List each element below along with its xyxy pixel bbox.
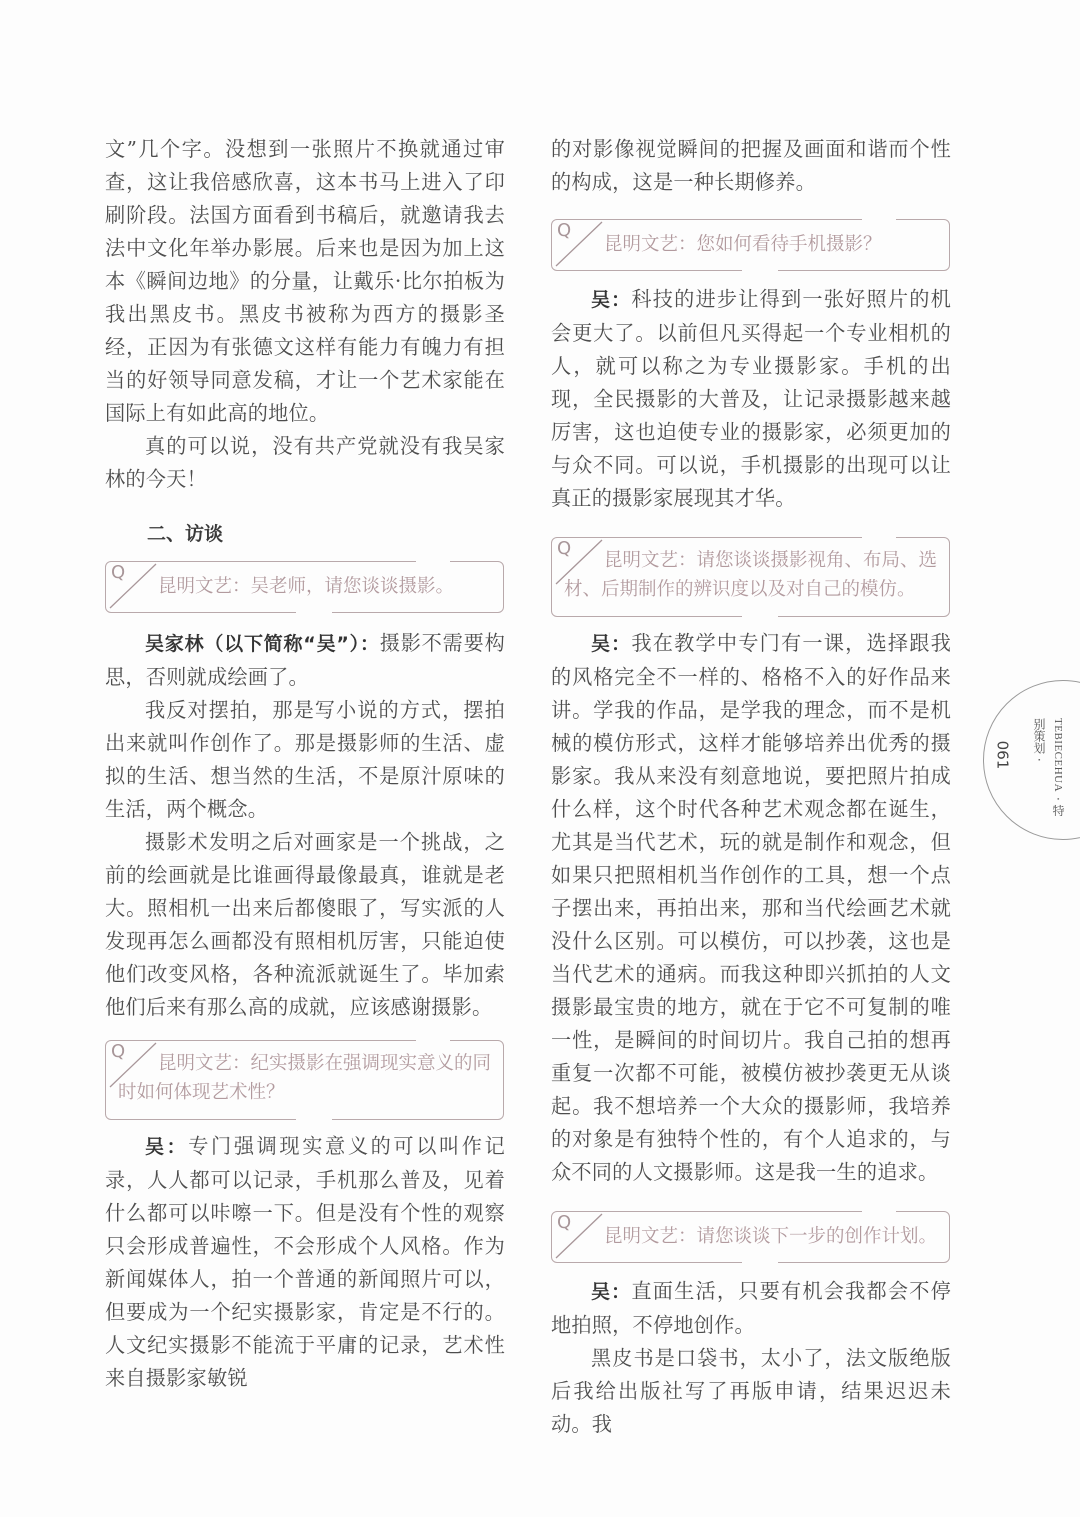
speaker-label: 吴： (591, 1281, 631, 1303)
paragraph: 真的可以说，没有共产党就没有我吴家林的今天！ (105, 430, 505, 496)
speaker-label: 吴家林（以下简称“吴”）： (145, 633, 380, 655)
question-box: Q 昆明文艺：纪实摄影在强调现实意义的同时如何体现艺术性？ (105, 1040, 504, 1120)
page-number: 061 (993, 741, 1011, 770)
question-text: 昆明文艺：请您谈谈摄影视角、布局、选材、后期制作的辨识度以及对自己的模仿。 (564, 546, 939, 604)
question-box: Q 昆明文艺：吴老师，请您谈谈摄影。 (105, 561, 504, 613)
answer-paragraph: 吴：科技的进步让得到一张好照片的机会更大了。以前但凡买得起一个专业相机的人，就可… (551, 283, 951, 515)
slash-icon (554, 220, 606, 270)
paragraph: 我反对摆拍，那是写小说的方式，摆拍出来就叫作创作了。那是摄影师的生活、虚拟的生活… (105, 694, 505, 826)
section-heading: 二、访谈 (105, 518, 505, 551)
right-column: 的对影像视觉瞬间的把握及画面和谐而个性的构成，这是一种长期修养。 Q 昆明文艺：… (551, 133, 951, 1441)
paragraph: 黑皮书是口袋书，太小了，法文版绝版后我给出版社写了再版申请，结果迟迟未动。我 (551, 1342, 951, 1441)
answer-text: 我在教学中专门有一课，选择跟我的风格完全不一样的、格格不入的好作品来讲。学我的作… (551, 631, 951, 1184)
section-tab: TEBIECEHUA · 特别策划 · (1008, 718, 1068, 818)
speaker-label: 吴： (591, 633, 631, 655)
border-gap (742, 1260, 778, 1265)
slash-icon (108, 562, 160, 612)
section-name-en: TEBIECEHUA (1052, 718, 1064, 792)
slash-icon (554, 1212, 606, 1262)
question-text: 昆明文艺：请您谈谈下一步的创作计划。 (564, 1220, 939, 1251)
border-gap (862, 535, 896, 540)
border-gap (296, 1117, 332, 1122)
border-gap (416, 559, 450, 564)
border-gap (296, 610, 332, 615)
speaker-label: 吴： (145, 1136, 188, 1158)
answer-text: 专门强调现实意义的可以叫作记录，人人都可以记录，手机那么普及，见着什么都可以咔嚓… (105, 1134, 505, 1390)
answer-paragraph: 吴：直面生活，只要有机会我都会不停地拍照，不停地创作。 (551, 1275, 951, 1342)
question-text: 昆明文艺：吴老师，请您谈谈摄影。 (118, 570, 493, 601)
slash-icon (108, 1041, 160, 1091)
question-box: Q 昆明文艺：请您谈谈摄影视角、布局、选材、后期制作的辨识度以及对自己的模仿。 (551, 537, 950, 617)
paragraph: 的对影像视觉瞬间的把握及画面和谐而个性的构成，这是一种长期修养。 (551, 133, 951, 199)
question-box: Q 昆明文艺：请您谈谈下一步的创作计划。 (551, 1211, 950, 1263)
question-text: 昆明文艺：您如何看待手机摄影？ (564, 228, 939, 259)
paragraph: 文”几个字。没想到一张照片不换就通过审查，这让我倍感欣喜，这本书马上进入了印刷阶… (105, 133, 505, 430)
answer-paragraph: 吴：我在教学中专门有一课，选择跟我的风格完全不一样的、格格不入的好作品来讲。学我… (551, 627, 951, 1189)
paragraph: 摄影术发明之后对画家是一个挑战，之前的绘画就是比谁画得最像最真，谁就是老大。照相… (105, 826, 505, 1024)
border-gap (862, 1209, 896, 1214)
question-text: 昆明文艺：纪实摄影在强调现实意义的同时如何体现艺术性？ (118, 1049, 493, 1107)
answer-text: 科技的进步让得到一张好照片的机会更大了。以前但凡买得起一个专业相机的人，就可以称… (551, 287, 951, 510)
border-gap (862, 217, 896, 222)
slash-icon (554, 538, 606, 588)
border-gap (742, 268, 778, 273)
question-box: Q 昆明文艺：您如何看待手机摄影？ (551, 219, 950, 271)
answer-paragraph: 吴：专门强调现实意义的可以叫作记录，人人都可以记录，手机那么普及，见着什么都可以… (105, 1130, 505, 1395)
left-column: 文”几个字。没想到一张照片不换就通过审查，这让我倍感欣喜，这本书马上进入了印刷阶… (105, 133, 505, 1395)
speaker-label: 吴： (591, 289, 631, 311)
answer-paragraph: 吴家林（以下简称“吴”）：摄影不需要构思，否则就成绘画了。 (105, 627, 505, 694)
border-gap (742, 614, 778, 619)
border-gap (416, 1038, 450, 1043)
